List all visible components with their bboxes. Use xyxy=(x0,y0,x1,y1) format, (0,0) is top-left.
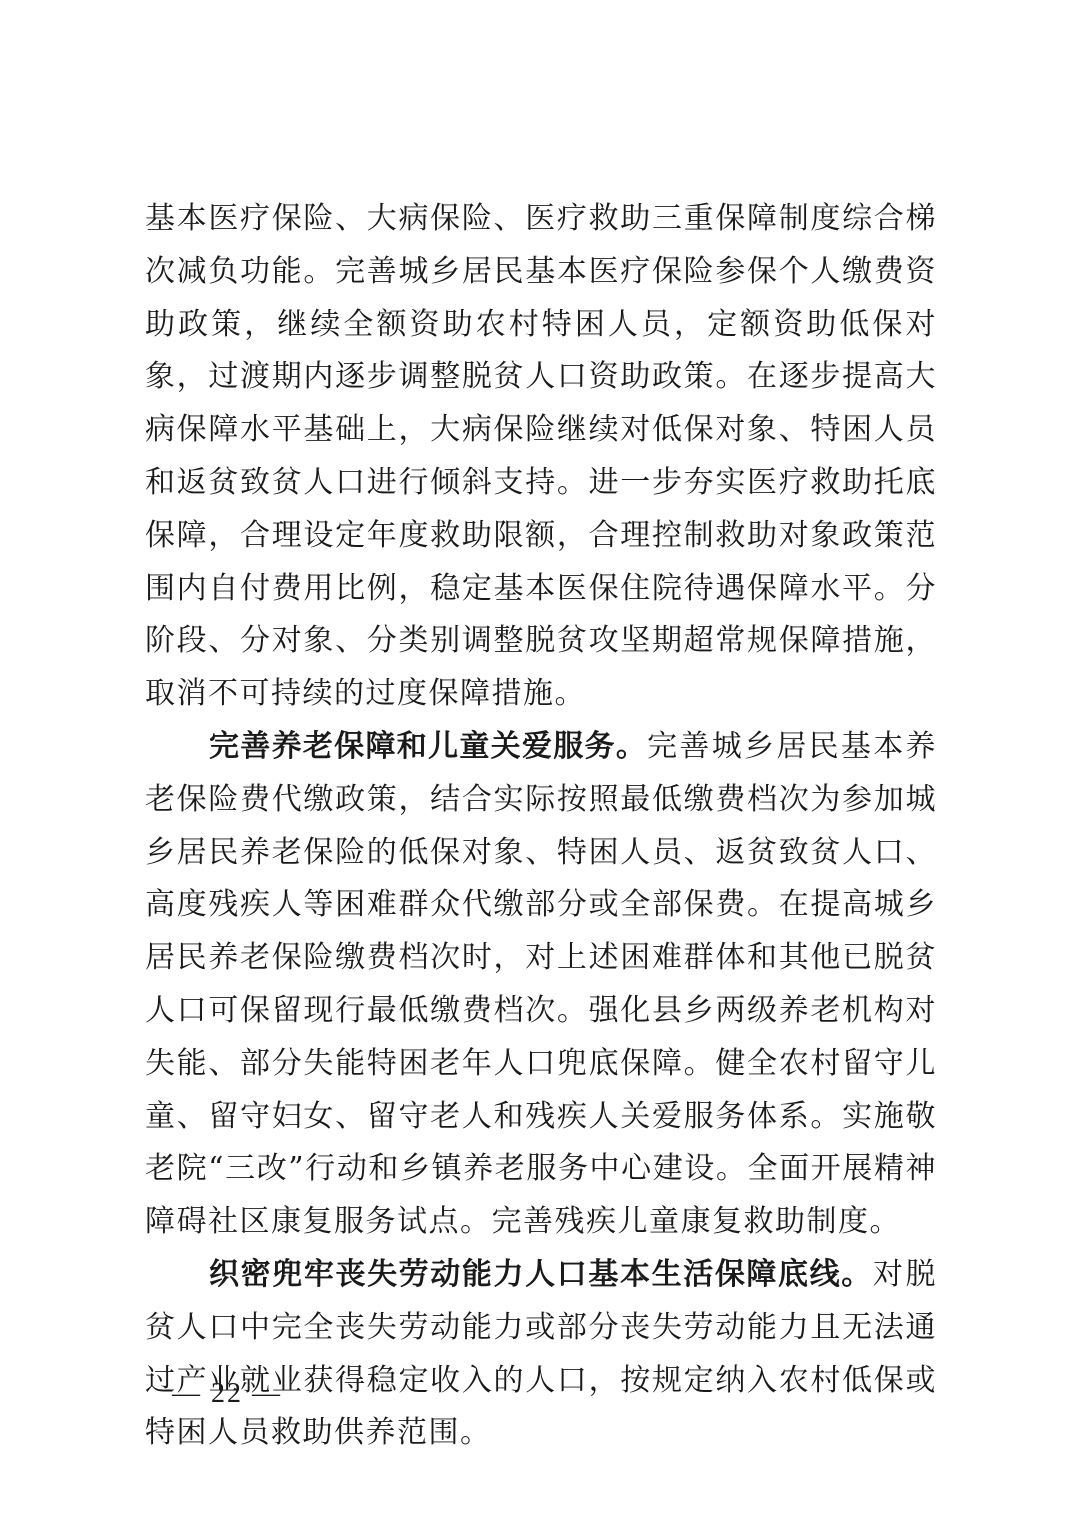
paragraph-medical-insurance: 基本医疗保险、大病保险、医疗救助三重保障制度综合梯次减负功能。完善城乡居民基本医… xyxy=(145,193,937,721)
paragraph-heading: 完善养老保障和儿童关爱服务。 xyxy=(209,729,647,764)
paragraph-elderly-child-care: 完善养老保障和儿童关爱服务。完善城乡居民基本养老保险费代缴政策，结合实际按照最低… xyxy=(145,721,937,1249)
document-body: 基本医疗保险、大病保险、医疗救助三重保障制度综合梯次减负功能。完善城乡居民基本医… xyxy=(145,193,937,1460)
paragraph-text: 完善城乡居民基本养老保险费代缴政策，结合实际按照最低缴费档次为参加城乡居民养老保… xyxy=(145,729,937,1239)
paragraph-heading: 织密兜牢丧失劳动能力人口基本生活保障底线。 xyxy=(209,1257,873,1292)
paragraph-text: 基本医疗保险、大病保险、医疗救助三重保障制度综合梯次减负功能。完善城乡居民基本医… xyxy=(145,201,937,711)
page-number: — 22 — xyxy=(172,1378,282,1410)
paragraph-basic-living-guarantee: 织密兜牢丧失劳动能力人口基本生活保障底线。对脱贫人口中完全丧失劳动能力或部分丧失… xyxy=(145,1249,937,1460)
